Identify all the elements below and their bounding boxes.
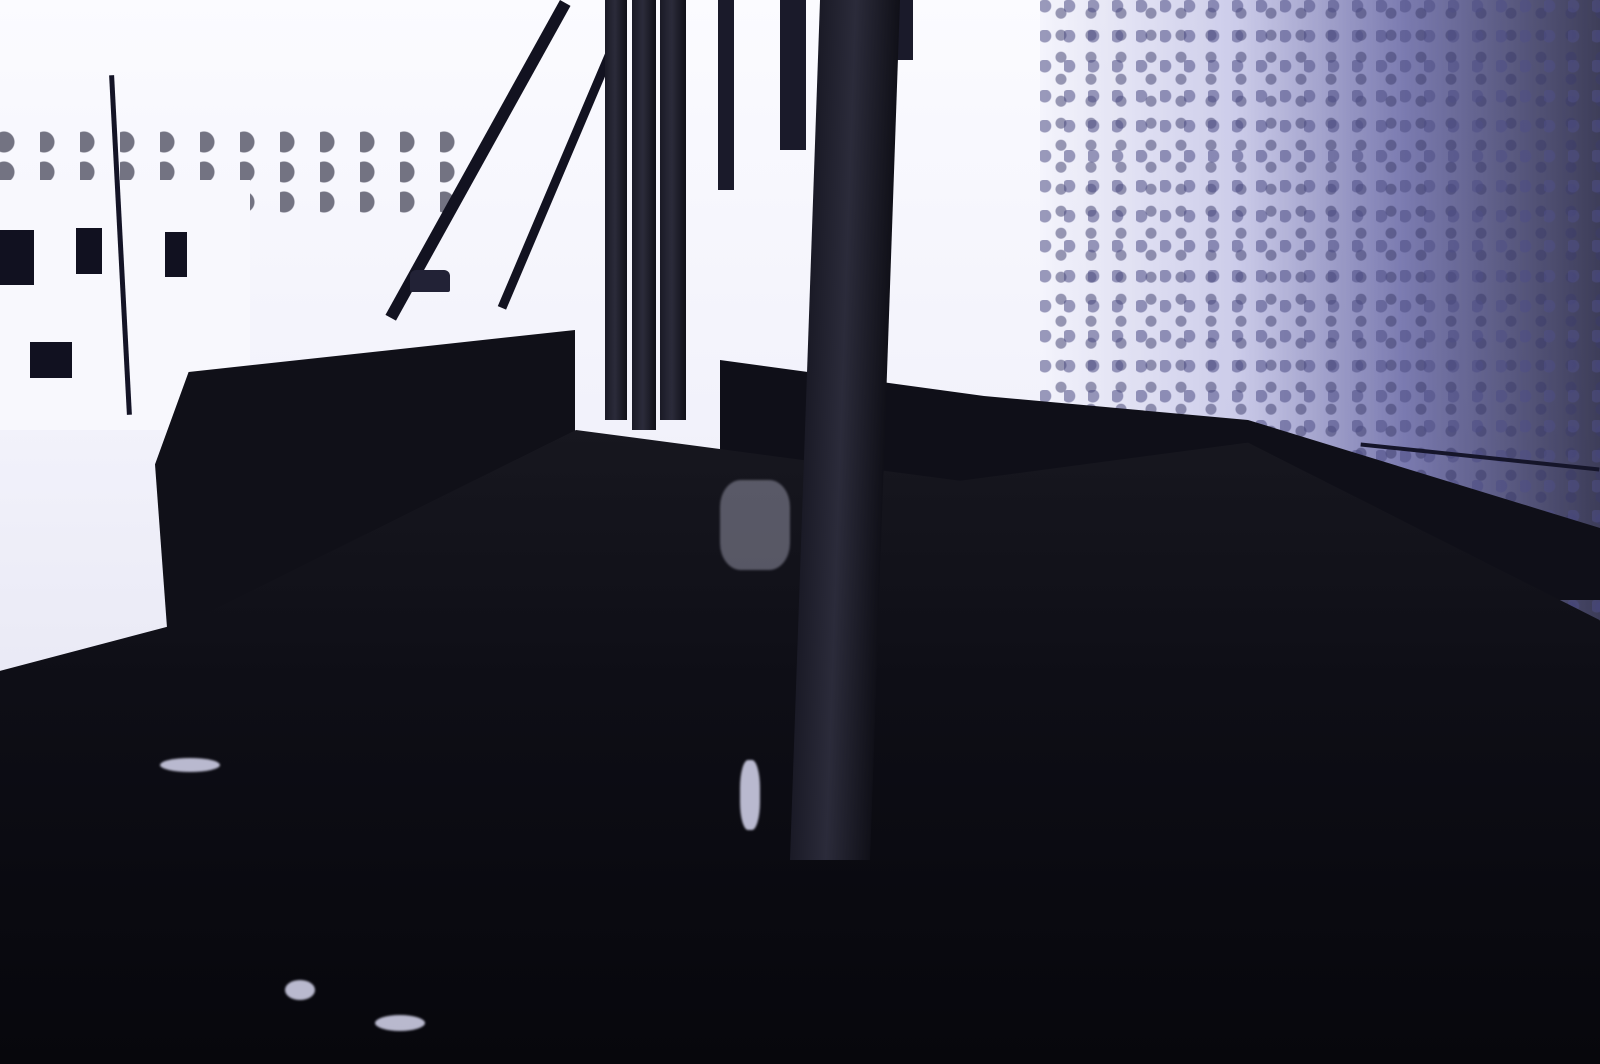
bamboo-pole [660,0,686,420]
building-window [30,342,72,378]
building-window [0,230,34,285]
light-glint [160,758,220,772]
light-glint [285,980,315,1000]
building-window [165,232,187,277]
building-window [76,228,102,274]
deck-fitting [410,270,450,292]
photo-scene [0,0,1600,1064]
bamboo-pole [605,0,627,420]
hanging-banner [780,0,806,150]
bamboo-pole [632,0,656,430]
light-glint [375,1015,425,1031]
light-glint [740,760,760,830]
light-glint [720,480,790,570]
hanging-banner [718,0,734,190]
